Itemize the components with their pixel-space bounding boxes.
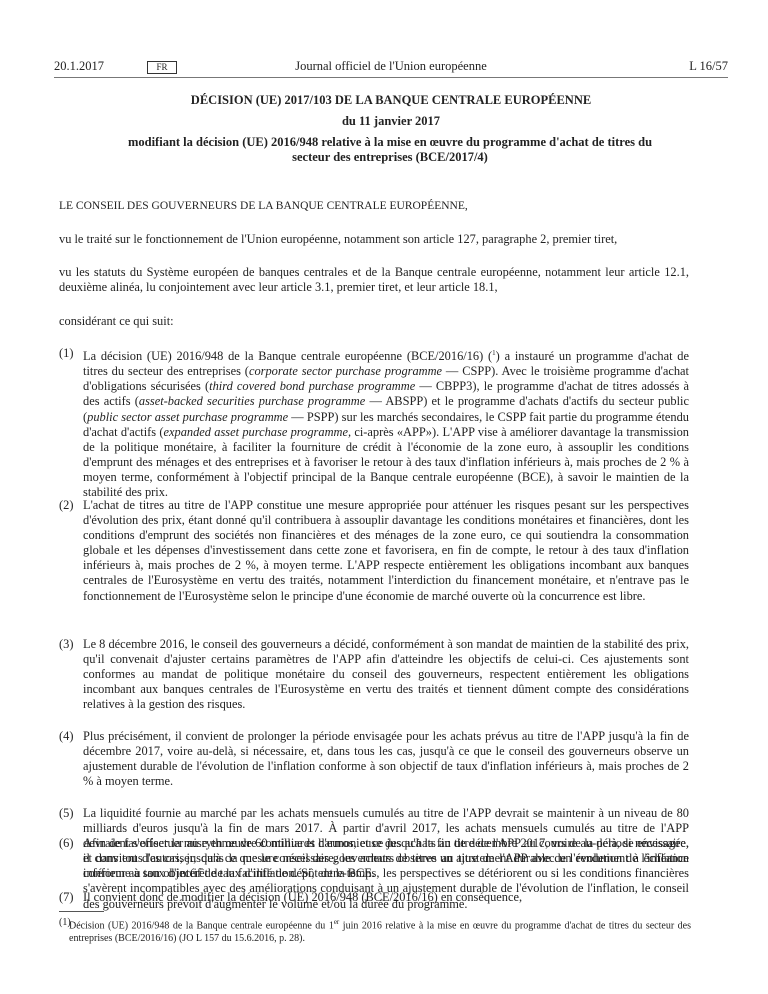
recital-text: Il convient donc de modifier la décision… xyxy=(83,890,689,905)
decision-title: DÉCISION (UE) 2017/103 DE LA BANQUE CENT… xyxy=(54,93,728,108)
footnote-number: (1) xyxy=(59,916,71,929)
recital-text: Le 8 décembre 2016, le conseil des gouve… xyxy=(83,637,689,712)
footnote-1: (1) Décision (UE) 2016/948 de la Banque … xyxy=(59,916,691,945)
recital-7: (7) Il convient donc de modifier la déci… xyxy=(59,890,689,905)
recital-text: La décision (UE) 2016/948 de la Banque c… xyxy=(83,346,689,500)
recital-text: Plus précisément, il convient de prolong… xyxy=(83,729,689,789)
citation-statutes: vu les statuts du Système européen de ba… xyxy=(59,265,689,295)
page-header: 20.1.2017 FR Journal officiel de l'Union… xyxy=(54,59,728,78)
citation-treaty: vu le traité sur le fonctionnement de l'… xyxy=(59,232,689,247)
recital-number: (7) xyxy=(59,890,73,905)
journal-title: Journal officiel de l'Union européenne xyxy=(54,59,728,74)
recital-text: L'achat de titres au titre de l'APP cons… xyxy=(83,498,689,604)
recital-number: (1) xyxy=(59,346,73,361)
recital-number: (6) xyxy=(59,836,73,851)
recital-3: (3) Le 8 décembre 2016, le conseil des g… xyxy=(59,637,689,712)
recital-number: (2) xyxy=(59,498,73,513)
page-reference: L 16/57 xyxy=(689,59,728,74)
recital-4: (4) Plus précisément, il convient de pro… xyxy=(59,729,689,789)
recital-6: (6) Afin de favoriser la mise en œuvre c… xyxy=(59,836,689,881)
recital-text: Afin de favoriser la mise en œuvre conti… xyxy=(83,836,689,881)
council-heading: LE CONSEIL DES GOUVERNEURS DE LA BANQUE … xyxy=(59,199,689,214)
recital-number: (4) xyxy=(59,729,73,744)
recital-1: (1) La décision (UE) 2016/948 de la Banq… xyxy=(59,346,689,500)
footnote-divider xyxy=(59,911,104,912)
considering-heading: considérant ce qui suit: xyxy=(59,314,689,329)
decision-subject: modifiant la décision (UE) 2016/948 rela… xyxy=(110,135,670,165)
recital-number: (3) xyxy=(59,637,73,652)
footnote-text: Décision (UE) 2016/948 de la Banque cent… xyxy=(69,916,691,945)
decision-date: du 11 janvier 2017 xyxy=(54,114,728,129)
recital-number: (5) xyxy=(59,806,73,821)
recital-2: (2) L'achat de titres au titre de l'APP … xyxy=(59,498,689,604)
